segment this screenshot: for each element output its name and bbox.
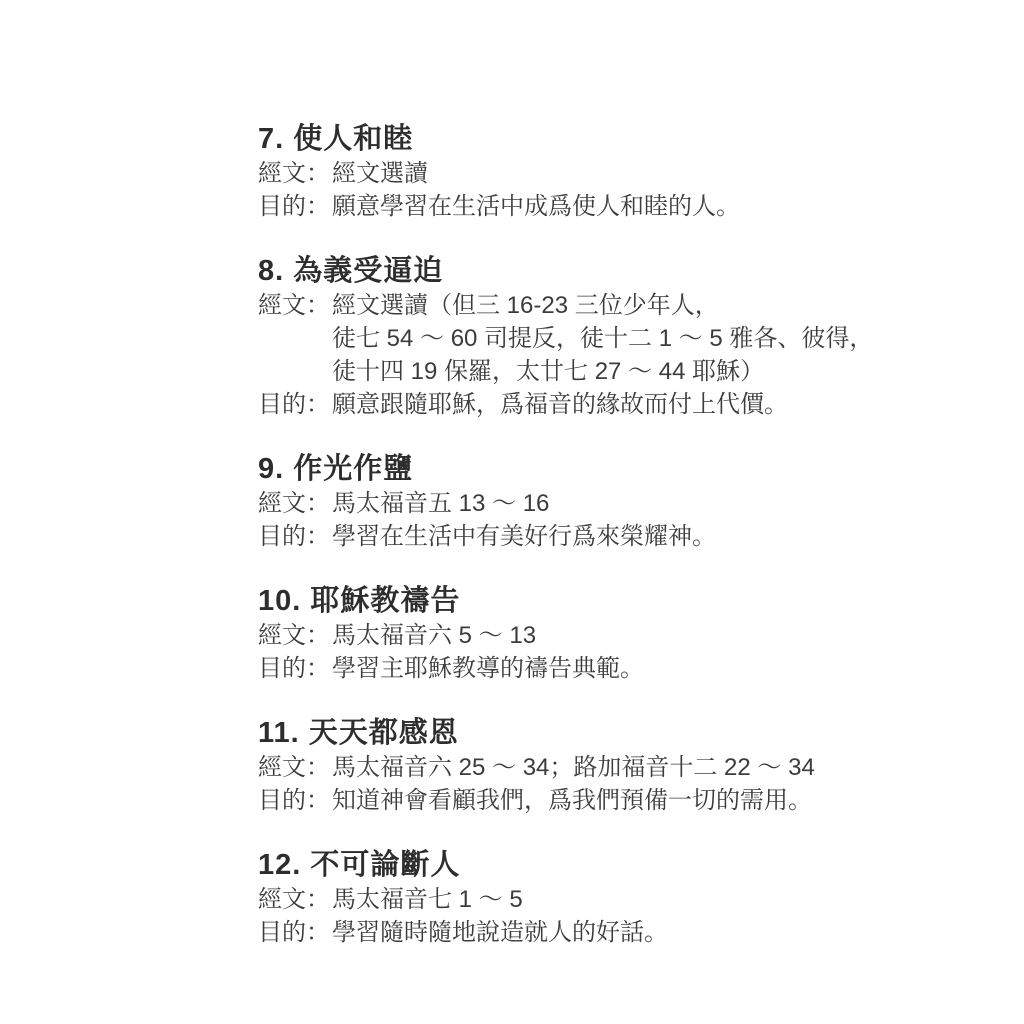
lesson-heading: 12. 不可論斷人 xyxy=(258,848,898,883)
lesson-section-9: 9. 作光作鹽 經文： 馬太福音五 13 ～ 16 目的： 學習在生活中有美好行… xyxy=(258,452,898,553)
purpose-text: 願意跟隨耶穌，爲福音的緣故而付上代價。 xyxy=(332,388,898,421)
scripture-line: 馬太福音七 1 ～ 5 xyxy=(332,883,898,916)
purpose-label: 目的： xyxy=(258,388,332,421)
purpose-row: 目的： 學習隨時隨地說造就人的好話。 xyxy=(258,916,898,949)
scripture-line: 徒七 54 ～ 60 司提反，徒十二 1 ～ 5 雅各、彼得， xyxy=(332,322,898,355)
scripture-row: 經文： 經文選讀（但三 16-23 三位少年人， 徒七 54 ～ 60 司提反，… xyxy=(258,289,898,388)
scripture-line: 經文選讀（但三 16-23 三位少年人， xyxy=(332,289,898,322)
purpose-row: 目的： 學習在生活中有美好行爲來榮耀神。 xyxy=(258,520,898,553)
purpose-label: 目的： xyxy=(258,652,332,685)
scripture-row: 經文： 經文選讀 xyxy=(258,157,898,190)
scripture-row: 經文： 馬太福音五 13 ～ 16 xyxy=(258,487,898,520)
lesson-heading: 8. 為義受逼迫 xyxy=(258,254,898,289)
scripture-text: 馬太福音六 25 ～ 34；路加福音十二 22 ～ 34 xyxy=(332,751,898,784)
scripture-line: 馬太福音五 13 ～ 16 xyxy=(332,487,898,520)
scripture-line: 馬太福音六 5 ～ 13 xyxy=(332,619,898,652)
lesson-section-11: 11. 天天都感恩 經文： 馬太福音六 25 ～ 34；路加福音十二 22 ～ … xyxy=(258,716,898,817)
lesson-heading: 10. 耶穌教禱告 xyxy=(258,584,898,619)
purpose-text: 學習主耶穌教導的禱告典範。 xyxy=(332,652,898,685)
purpose-text: 學習在生活中有美好行爲來榮耀神。 xyxy=(332,520,898,553)
scripture-row: 經文： 馬太福音七 1 ～ 5 xyxy=(258,883,898,916)
purpose-label: 目的： xyxy=(258,784,332,817)
scripture-line: 經文選讀 xyxy=(332,157,898,190)
scripture-line: 馬太福音六 25 ～ 34；路加福音十二 22 ～ 34 xyxy=(332,751,898,784)
lesson-section-8: 8. 為義受逼迫 經文： 經文選讀（但三 16-23 三位少年人， 徒七 54 … xyxy=(258,254,898,421)
scripture-label: 經文： xyxy=(258,157,332,190)
scripture-text: 馬太福音五 13 ～ 16 xyxy=(332,487,898,520)
purpose-label: 目的： xyxy=(258,190,332,223)
purpose-label: 目的： xyxy=(258,520,332,553)
lesson-list: 7. 使人和睦 經文： 經文選讀 目的： 願意學習在生活中成爲使人和睦的人。 8… xyxy=(258,122,898,980)
purpose-text: 願意學習在生活中成爲使人和睦的人。 xyxy=(332,190,898,223)
scripture-row: 經文： 馬太福音六 5 ～ 13 xyxy=(258,619,898,652)
scripture-label: 經文： xyxy=(258,289,332,322)
lesson-section-10: 10. 耶穌教禱告 經文： 馬太福音六 5 ～ 13 目的： 學習主耶穌教導的禱… xyxy=(258,584,898,685)
scripture-label: 經文： xyxy=(258,751,332,784)
purpose-row: 目的： 願意學習在生活中成爲使人和睦的人。 xyxy=(258,190,898,223)
purpose-row: 目的： 願意跟隨耶穌，爲福音的緣故而付上代價。 xyxy=(258,388,898,421)
scripture-row: 經文： 馬太福音六 25 ～ 34；路加福音十二 22 ～ 34 xyxy=(258,751,898,784)
scripture-line: 徒十四 19 保羅，太廿七 27 ～ 44 耶穌） xyxy=(332,355,898,388)
scripture-label: 經文： xyxy=(258,619,332,652)
scripture-text: 馬太福音七 1 ～ 5 xyxy=(332,883,898,916)
purpose-label: 目的： xyxy=(258,916,332,949)
document-page: 7. 使人和睦 經文： 經文選讀 目的： 願意學習在生活中成爲使人和睦的人。 8… xyxy=(0,0,1024,1024)
purpose-row: 目的： 知道神會看顧我們，爲我們預備一切的需用。 xyxy=(258,784,898,817)
scripture-label: 經文： xyxy=(258,883,332,916)
lesson-heading: 11. 天天都感恩 xyxy=(258,716,898,751)
purpose-text: 知道神會看顧我們，爲我們預備一切的需用。 xyxy=(332,784,898,817)
scripture-text: 經文選讀（但三 16-23 三位少年人， 徒七 54 ～ 60 司提反，徒十二 … xyxy=(332,289,898,388)
scripture-text: 馬太福音六 5 ～ 13 xyxy=(332,619,898,652)
lesson-heading: 9. 作光作鹽 xyxy=(258,452,898,487)
lesson-section-12: 12. 不可論斷人 經文： 馬太福音七 1 ～ 5 目的： 學習隨時隨地說造就人… xyxy=(258,848,898,949)
purpose-text: 學習隨時隨地說造就人的好話。 xyxy=(332,916,898,949)
purpose-row: 目的： 學習主耶穌教導的禱告典範。 xyxy=(258,652,898,685)
scripture-text: 經文選讀 xyxy=(332,157,898,190)
lesson-section-7: 7. 使人和睦 經文： 經文選讀 目的： 願意學習在生活中成爲使人和睦的人。 xyxy=(258,122,898,223)
lesson-heading: 7. 使人和睦 xyxy=(258,122,898,157)
scripture-label: 經文： xyxy=(258,487,332,520)
